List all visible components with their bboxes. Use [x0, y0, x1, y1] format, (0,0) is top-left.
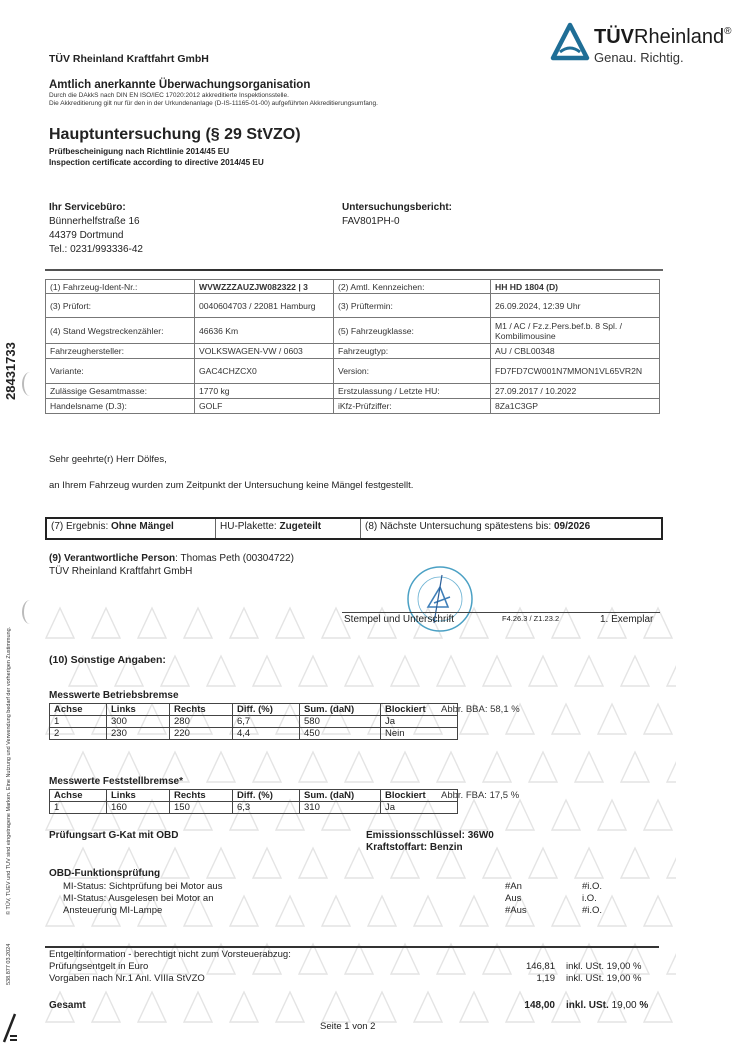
table-cell: 230: [107, 728, 170, 740]
report-info: Untersuchungsbericht: FAV801PH-0: [342, 201, 452, 229]
responsible-person: (9) Verantwortliche Person: Thomas Peth …: [49, 552, 294, 578]
table-cell: 6,3: [233, 802, 300, 814]
greeting: Sehr geehrte(r) Herr Dölfes,: [49, 454, 167, 465]
service-office: Ihr Servicebüro: Bünnerhelfstraße 16 443…: [49, 201, 143, 257]
obd-check-label: MI-Status: Sichtprüfung bei Motor aus: [63, 881, 222, 892]
table-cell: 220: [170, 728, 233, 740]
fee-divider: [45, 946, 659, 948]
service-brake-abbr: Abbr. BBA: 58,1 %: [441, 704, 520, 715]
other-info-heading: (10) Sonstige Angaben:: [49, 654, 166, 666]
emission-info: Emissionsschlüssel: 36W0 Kraftstoffart: …: [366, 830, 494, 854]
obd-check-label: MI-Status: Ausgelesen bei Motor an: [63, 893, 214, 904]
table-row: 13002806,7580Ja: [50, 716, 458, 728]
obd-check-result: #i.O.: [582, 881, 602, 892]
parking-brake-abbr: Abbr. FBA: 17,5 %: [441, 790, 519, 801]
logo-brand: TÜVRheinland®: [594, 26, 731, 49]
vehicle-field-label: (3) Prüfort:: [46, 294, 195, 318]
subtitle-de: Prüfbescheinigung nach Richtlinie 2014/4…: [49, 146, 264, 157]
vehicle-field-value: GAC4CHZCX0: [195, 359, 334, 384]
signature-line: [342, 612, 660, 613]
vehicle-field-label: Version:: [334, 359, 491, 384]
fee-amount: 1,19: [537, 973, 556, 984]
vehicle-field-value: AU / CBL00348: [491, 344, 660, 359]
page-subtitle: Prüfbescheinigung nach Richtlinie 2014/4…: [49, 146, 264, 168]
tuv-rheinland-logo: TÜVRheinland® Genau. Richtig.: [548, 20, 738, 70]
divider: [45, 269, 663, 271]
fee-vat: inkl. USt. 19,00 %: [566, 973, 642, 984]
table-cell: 580: [300, 716, 381, 728]
vehicle-field-label: Zulässige Gesamtmasse:: [46, 384, 195, 399]
vehicle-field-value: 26.09.2024, 12:39 Uhr: [491, 294, 660, 318]
tuv-logo-fragment-icon: [2, 1010, 18, 1044]
vehicle-row: Variante:GAC4CHZCX0Version:FD7FD7CW001N7…: [46, 359, 660, 384]
vehicle-field-value: 8Za1C3GP: [491, 399, 660, 414]
table-cell: 450: [300, 728, 381, 740]
punch-hole-mark: [22, 372, 38, 396]
letter-body: an Ihrem Fahrzeug wurden zum Zeitpunkt d…: [49, 480, 413, 491]
parking-brake-title: Messwerte Feststellbremse*: [49, 776, 183, 787]
column-header: Rechts: [170, 704, 233, 716]
company-name: TÜV Rheinland Kraftfahrt GmbH: [49, 53, 209, 65]
vehicle-row: (3) Prüfort:0040604703 / 22081 Hamburg(3…: [46, 294, 660, 318]
table-row: 22302204,4450Nein: [50, 728, 458, 740]
fee-label: Prüfungsentgelt in Euro: [49, 961, 148, 972]
copy-number: 1. Exemplar: [600, 614, 653, 625]
table-cell: Ja: [381, 802, 458, 814]
test-type: Prüfungsart G-Kat mit OBD: [49, 830, 178, 841]
table-cell: 4,4: [233, 728, 300, 740]
service-heading: Ihr Servicebüro:: [49, 201, 143, 215]
responsible-company: TÜV Rheinland Kraftfahrt GmbH: [49, 565, 294, 578]
emission-key: Emissionsschlüssel: 36W0: [366, 830, 494, 842]
vehicle-field-label: (5) Fahrzeugklasse:: [334, 318, 491, 344]
fuel-type: Kraftstoffart: Benzin: [366, 842, 494, 854]
table-cell: Ja: [381, 716, 458, 728]
vehicle-row: Handelsname (D.3):GOLFiKfz-Prüfziffer:8Z…: [46, 399, 660, 414]
parking-brake-table: AchseLinksRechtsDiff. (%)Sum. (daN)Block…: [49, 789, 458, 814]
report-heading: Untersuchungsbericht:: [342, 201, 452, 215]
table-cell: 6,7: [233, 716, 300, 728]
vehicle-field-value: GOLF: [195, 399, 334, 414]
vehicle-field-value: 1770 kg: [195, 384, 334, 399]
accreditation-line-2: Die Akkreditierung gilt nur für den in d…: [49, 100, 378, 108]
column-header: Rechts: [170, 790, 233, 802]
result-box: (7) Ergebnis: Ohne Mängel HU-Plakette: Z…: [45, 517, 663, 540]
vehicle-field-value: 0040604703 / 22081 Hamburg: [195, 294, 334, 318]
obd-check-result: #i.O.: [582, 905, 602, 916]
table-cell: 160: [107, 802, 170, 814]
report-number: FAV801PH-0: [342, 215, 452, 229]
vehicle-row: Zulässige Gesamtmasse:1770 kgErstzulassu…: [46, 384, 660, 399]
vehicle-field-label: (4) Stand Wegstreckenzähler:: [46, 318, 195, 344]
fee-label: Vorgaben nach Nr.1 Anl. VIIIa StVZO: [49, 973, 205, 984]
service-phone: Tel.: 0231/993336-42: [49, 243, 143, 257]
vehicle-field-label: Handelsname (D.3):: [46, 399, 195, 414]
vehicle-field-label: Fahrzeughersteller:: [46, 344, 195, 359]
obd-check-result: i.O.: [582, 893, 597, 904]
table-cell: 1: [50, 802, 107, 814]
logo-tagline: Genau. Richtig.: [594, 50, 684, 65]
vehicle-row: (4) Stand Wegstreckenzähler:46636 Km(5) …: [46, 318, 660, 344]
table-cell: 310: [300, 802, 381, 814]
column-header: Diff. (%): [233, 790, 300, 802]
column-header: Achse: [50, 704, 107, 716]
result-ergebnis: (7) Ergebnis: Ohne Mängel: [47, 519, 216, 538]
total-vat: inkl. USt. 19,00 %: [566, 1000, 648, 1011]
vehicle-field-label: (2) Amtl. Kennzeichen:: [334, 280, 491, 294]
table-cell: 2: [50, 728, 107, 740]
vehicle-field-value: M1 / AC / Fz.z.Pers.bef.b. 8 Spl. / Komb…: [491, 318, 660, 344]
column-header: Sum. (daN): [300, 790, 381, 802]
vehicle-field-value: VOLKSWAGEN-VW / 0603: [195, 344, 334, 359]
vehicle-field-label: Fahrzeugtyp:: [334, 344, 491, 359]
vehicle-field-label: Erstzulassung / Letzte HU:: [334, 384, 491, 399]
signature-label: Stempel und Unterschrift: [344, 614, 454, 625]
fee-vat: inkl. USt. 19,00 %: [566, 961, 642, 972]
column-header: Links: [107, 790, 170, 802]
accreditation-line-1: Durch die DAkkS nach DIN EN ISO/IEC 1702…: [49, 92, 378, 100]
column-header: Achse: [50, 790, 107, 802]
vehicle-field-label: Variante:: [46, 359, 195, 384]
table-cell: 1: [50, 716, 107, 728]
trademark-notice: © TÜV, TUEV und TUV sind eingetragene Ma…: [6, 627, 12, 915]
vehicle-field-value: 46636 Km: [195, 318, 334, 344]
table-row: 11601506,3310Ja: [50, 802, 458, 814]
org-title: Amtlich anerkannte Überwachungsorganisat…: [49, 79, 310, 91]
form-code: F4.26.3 / Z1.23.2: [502, 614, 559, 623]
fee-amount: 146,81: [526, 961, 555, 972]
vehicle-field-label: (1) Fahrzeug-Ident-Nr.:: [46, 280, 195, 294]
tuv-triangle-icon: [550, 22, 590, 62]
subtitle-en: Inspection certificate according to dire…: [49, 157, 264, 168]
service-city: 44379 Dortmund: [49, 229, 143, 243]
table-cell: 150: [170, 802, 233, 814]
fee-info: Entgeltinformation - berechtigt nicht zu…: [49, 949, 291, 960]
vehicle-field-label: (3) Prüftermin:: [334, 294, 491, 318]
obd-check-value: #Aus: [505, 905, 527, 916]
obd-title: OBD-Funktionsprüfung: [49, 868, 160, 879]
service-street: Bünnerhelfstraße 16: [49, 215, 143, 229]
vehicle-data-table: (1) Fahrzeug-Ident-Nr.:WVWZZZAUZJW082322…: [45, 279, 660, 414]
service-brake-title: Messwerte Betriebsbremse: [49, 690, 179, 701]
obd-check-label: Ansteuerung MI-Lampe: [63, 905, 162, 916]
form-number: 538.877 03.2024: [6, 944, 12, 985]
punch-hole-mark: [22, 600, 38, 624]
obd-check-value: Aus: [505, 893, 521, 904]
vehicle-field-value: WVWZZZAUZJW082322 | 3: [195, 280, 334, 294]
vehicle-field-value: 27.09.2017 / 10.2022: [491, 384, 660, 399]
vehicle-row: (1) Fahrzeug-Ident-Nr.:WVWZZZAUZJW082322…: [46, 280, 660, 294]
total-amount: 148,00: [524, 1000, 555, 1011]
document-number: 28431733: [3, 342, 18, 400]
column-header: Sum. (daN): [300, 704, 381, 716]
vehicle-field-label: iKfz-Prüfziffer:: [334, 399, 491, 414]
org-accreditation: Durch die DAkkS nach DIN EN ISO/IEC 1702…: [49, 92, 378, 108]
service-brake-table: AchseLinksRechtsDiff. (%)Sum. (daN)Block…: [49, 703, 458, 740]
table-cell: Nein: [381, 728, 458, 740]
result-next-inspection: (8) Nächste Untersuchung spätestens bis:…: [361, 519, 594, 538]
column-header: Diff. (%): [233, 704, 300, 716]
table-cell: 300: [107, 716, 170, 728]
page-number: Seite 1 von 2: [320, 1021, 375, 1032]
obd-check-value: #An: [505, 881, 522, 892]
vehicle-row: Fahrzeughersteller:VOLKSWAGEN-VW / 0603F…: [46, 344, 660, 359]
result-plakette: HU-Plakette: Zugeteilt: [216, 519, 361, 538]
vehicle-field-value: FD7FD7CW001N7MMON1VL65VR2N: [491, 359, 660, 384]
total-label: Gesamt: [49, 1000, 86, 1011]
column-header: Links: [107, 704, 170, 716]
vehicle-field-value: HH HD 1804 (D): [491, 280, 660, 294]
page-title: Hauptuntersuchung (§ 29 StVZO): [49, 126, 301, 144]
table-cell: 280: [170, 716, 233, 728]
